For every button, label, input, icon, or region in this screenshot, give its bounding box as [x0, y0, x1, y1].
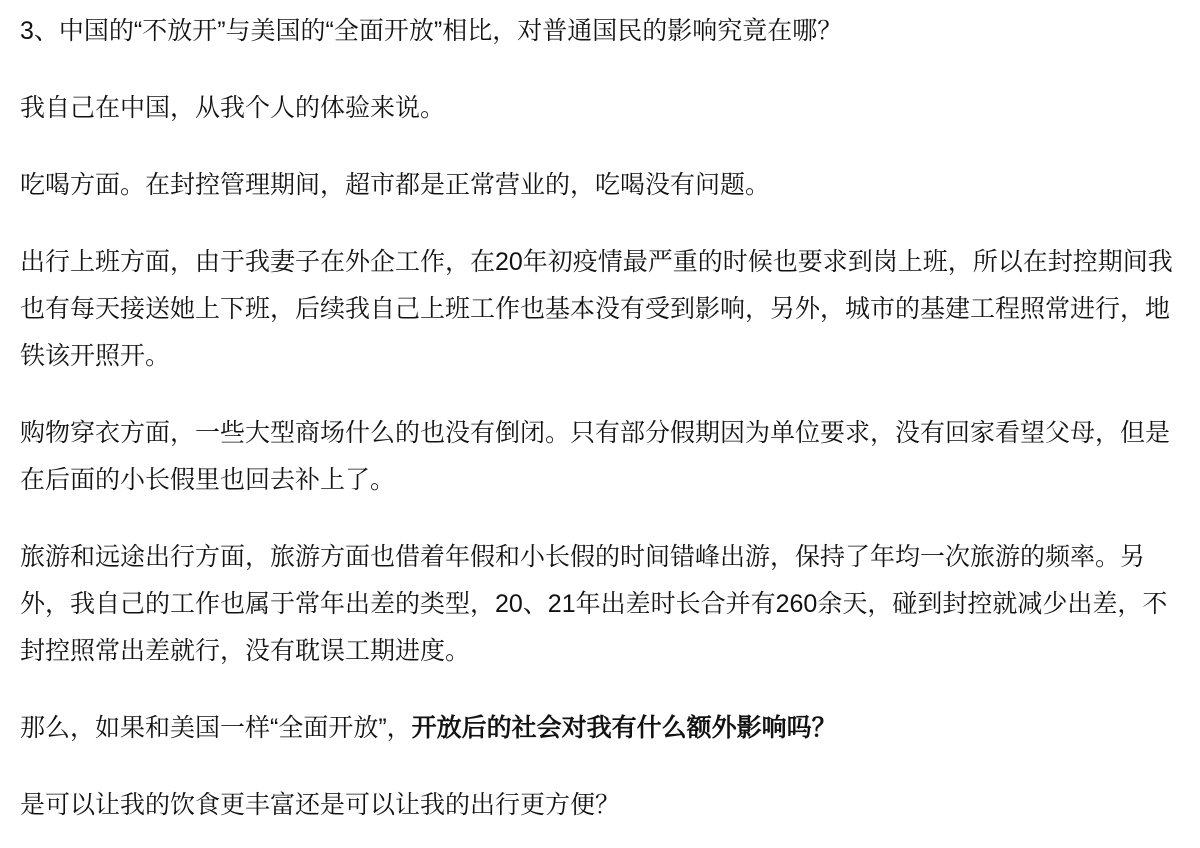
text-segment: 出行上班方面，由于我妻子在外企工作，在20年初疫情最严重的时候也要求到岗上班，所… — [20, 248, 1173, 370]
paragraph-travel-aspect: 旅游和远途出行方面，旅游方面也借着年假和小长假的时间错峰出游，保持了年均一次旅游… — [20, 534, 1180, 675]
text-segment: 是可以让我的饮食更丰富还是可以让我的出行更方便？ — [20, 791, 620, 819]
paragraph-food-aspect: 吃喝方面。在封控管理期间，超市都是正常营业的，吃喝没有问题。 — [20, 162, 1180, 209]
text-segment: 旅游和远途出行方面，旅游方面也借着年假和小长假的时间错峰出游，保持了年均一次旅游… — [20, 543, 1167, 665]
text-segment: 那么，如果和美国一样“全面开放”， — [20, 714, 412, 742]
paragraph-closing-question: 是可以让我的饮食更丰富还是可以让我的出行更方便？ — [20, 782, 1180, 829]
paragraph-rhetorical-question: 那么，如果和美国一样“全面开放”，开放后的社会对我有什么额外影响吗？ — [20, 705, 1180, 752]
text-segment: 吃喝方面。在封控管理期间，超市都是正常营业的，吃喝没有问题。 — [20, 171, 770, 199]
paragraph-commute-aspect: 出行上班方面，由于我妻子在外企工作，在20年初疫情最严重的时候也要求到岗上班，所… — [20, 239, 1180, 380]
paragraph-shopping-aspect: 购物穿衣方面，一些大型商场什么的也没有倒闭。只有部分假期因为单位要求，没有回家看… — [20, 410, 1180, 504]
paragraph-question-heading: 3、中国的“不放开”与美国的“全面开放”相比，对普通国民的影响究竟在哪？ — [20, 8, 1180, 55]
text-segment: 购物穿衣方面，一些大型商场什么的也没有倒闭。只有部分假期因为单位要求，没有回家看… — [20, 419, 1170, 494]
article: 3、中国的“不放开”与美国的“全面开放”相比，对普通国民的影响究竟在哪？ 我自己… — [0, 0, 1200, 848]
text-segment: 3、中国的“不放开”与美国的“全面开放”相比，对普通国民的影响究竟在哪？ — [20, 17, 842, 45]
text-segment: 我自己在中国，从我个人的体验来说。 — [20, 94, 445, 122]
paragraph-intro: 我自己在中国，从我个人的体验来说。 — [20, 85, 1180, 132]
text-segment-bold: 开放后的社会对我有什么额外影响吗？ — [412, 714, 837, 742]
